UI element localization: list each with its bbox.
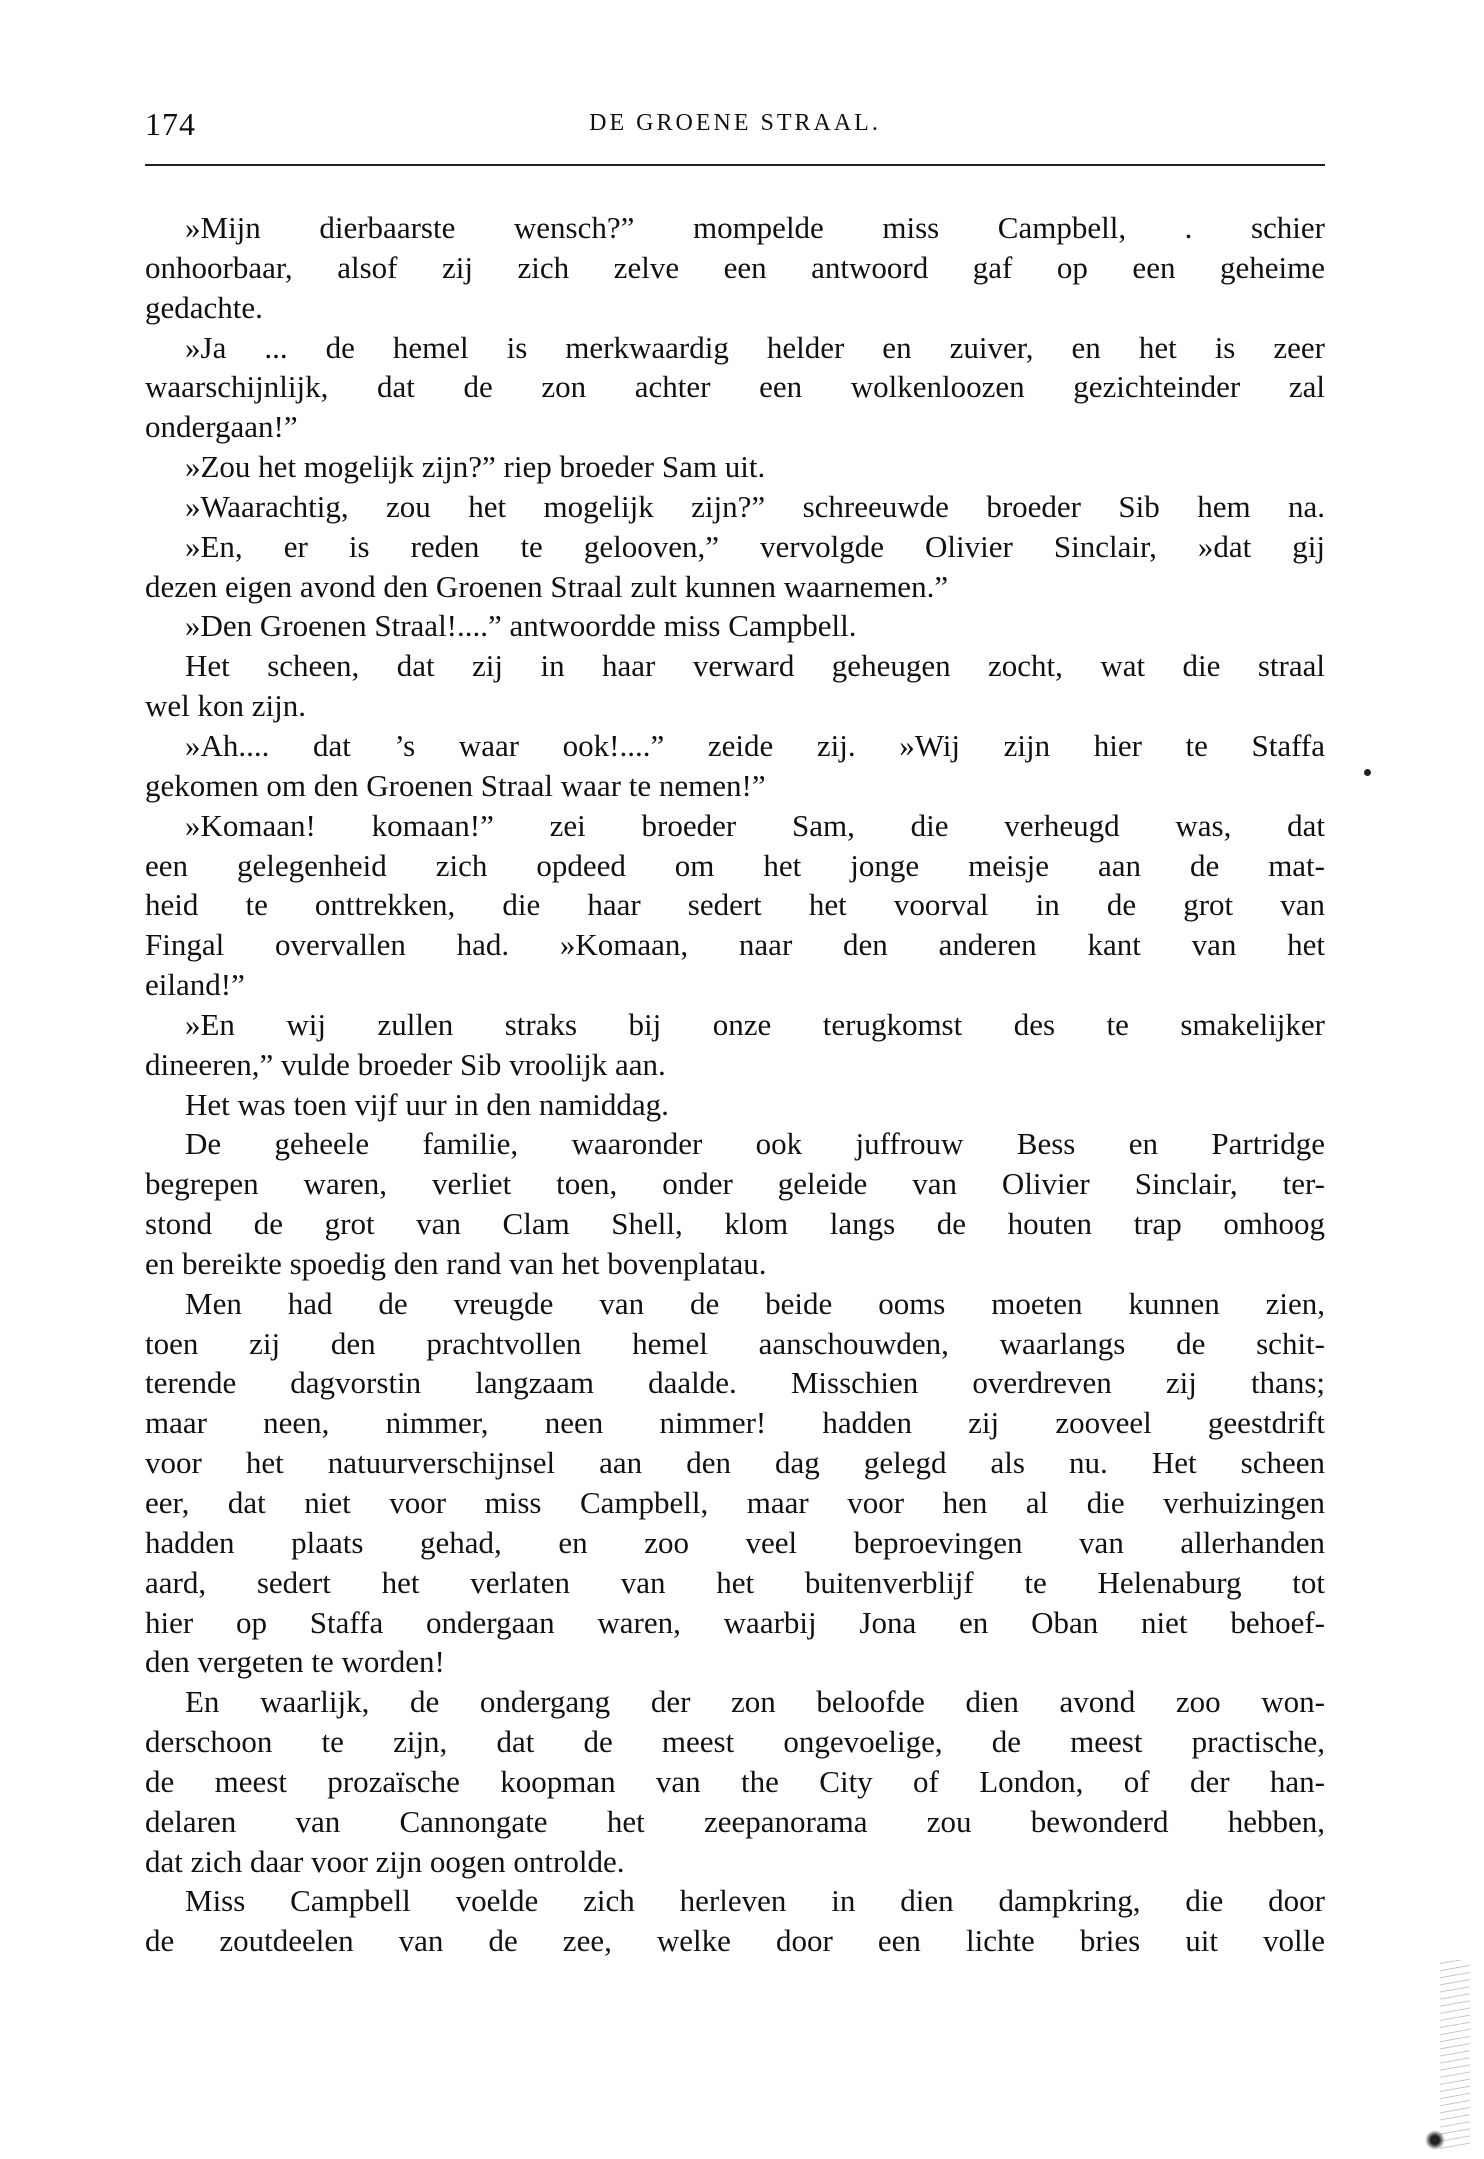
text-line: waarschijnlijk, dat de zon achter een wo… xyxy=(145,367,1325,407)
running-title: DE GROENE STRAAL. xyxy=(145,110,1325,137)
text-line: dezen eigen avond den Groenen Straal zul… xyxy=(145,567,1325,607)
running-header: 174 DE GROENE STRAAL. xyxy=(145,100,1325,140)
body-text: »Mijn dierbaarste wensch?” mompelde miss… xyxy=(145,208,1325,1961)
text-line: dat zich daar voor zijn oogen ontrolde. xyxy=(145,1842,1325,1882)
text-line: stond de grot van Clam Shell, klom langs… xyxy=(145,1204,1325,1244)
text-line: »En, er is reden te gelooven,” vervolgde… xyxy=(145,527,1325,567)
text-line: eiland!” xyxy=(145,965,1325,1005)
text-line: delaren van Cannongate het zeepanorama z… xyxy=(145,1802,1325,1842)
text-line: eer, dat niet voor miss Campbell, maar v… xyxy=(145,1483,1325,1523)
text-line: ondergaan!” xyxy=(145,407,1325,447)
text-line: »Komaan! komaan!” zei broeder Sam, die v… xyxy=(145,806,1325,846)
text-line: »Mijn dierbaarste wensch?” mompelde miss… xyxy=(145,208,1325,248)
text-line: aard, sedert het verlaten van het buiten… xyxy=(145,1563,1325,1603)
text-line: »En wij zullen straks bij onze terugkoms… xyxy=(145,1005,1325,1045)
text-line: »Ja ... de hemel is merkwaardig helder e… xyxy=(145,328,1325,368)
text-line: maar neen, nimmer, neen nimmer! hadden z… xyxy=(145,1403,1325,1443)
text-line: »Waarachtig, zou het mogelijk zijn?” sch… xyxy=(145,487,1325,527)
text-line: heid te onttrekken, die haar sedert het … xyxy=(145,885,1325,925)
text-line: Het was toen vijf uur in den namiddag. xyxy=(145,1085,1325,1125)
book-page: 174 DE GROENE STRAAL. »Mijn dierbaarste … xyxy=(0,0,1484,2159)
text-line: Men had de vreugde van de beide ooms moe… xyxy=(145,1284,1325,1324)
header-rule xyxy=(145,164,1325,166)
text-line: hier op Staffa ondergaan waren, waarbij … xyxy=(145,1603,1325,1643)
text-line: hadden plaats gehad, en zoo veel beproev… xyxy=(145,1523,1325,1563)
text-line: »Den Groenen Straal!....” antwoordde mis… xyxy=(145,606,1325,646)
text-line: gekomen om den Groenen Straal waar te ne… xyxy=(145,766,1325,806)
text-line: gedachte. xyxy=(145,288,1325,328)
text-line: wel kon zijn. xyxy=(145,686,1325,726)
text-line: toen zij den prachtvollen hemel aanschou… xyxy=(145,1324,1325,1364)
text-line: Fingal overvallen had. »Komaan, naar den… xyxy=(145,925,1325,965)
text-line: voor het natuurverschijnsel aan den dag … xyxy=(145,1443,1325,1483)
text-line: een gelegenheid zich opdeed om het jonge… xyxy=(145,846,1325,886)
text-line: onhoorbaar, alsof zij zich zelve een ant… xyxy=(145,248,1325,288)
text-line: En waarlijk, de ondergang der zon beloof… xyxy=(145,1682,1325,1722)
text-line: »Zou het mogelijk zijn?” riep broeder Sa… xyxy=(145,447,1325,487)
text-line: de zoutdeelen van de zee, welke door een… xyxy=(145,1921,1325,1961)
scan-noise xyxy=(1440,1960,1470,2150)
text-line: dineeren,” vulde broeder Sib vroolijk aa… xyxy=(145,1045,1325,1085)
text-line: Miss Campbell voelde zich herleven in di… xyxy=(145,1881,1325,1921)
text-line: terende dagvorstin langzaam daalde. Miss… xyxy=(145,1363,1325,1403)
text-line: de meest prozaïsche koopman van the City… xyxy=(145,1762,1325,1802)
text-line: derschoon te zijn, dat de meest ongevoel… xyxy=(145,1722,1325,1762)
text-line: den vergeten te worden! xyxy=(145,1642,1325,1682)
scan-noise-blot xyxy=(1425,2130,1445,2150)
text-line: en bereikte spoedig den rand van het bov… xyxy=(145,1244,1325,1284)
text-line: begrepen waren, verliet toen, onder gele… xyxy=(145,1164,1325,1204)
text-line: Het scheen, dat zij in haar verward gehe… xyxy=(145,646,1325,686)
scan-speck xyxy=(1364,769,1371,776)
text-line: De geheele familie, waaronder ook juffro… xyxy=(145,1124,1325,1164)
text-line: »Ah.... dat ’s waar ook!....” zeide zij.… xyxy=(145,726,1325,766)
